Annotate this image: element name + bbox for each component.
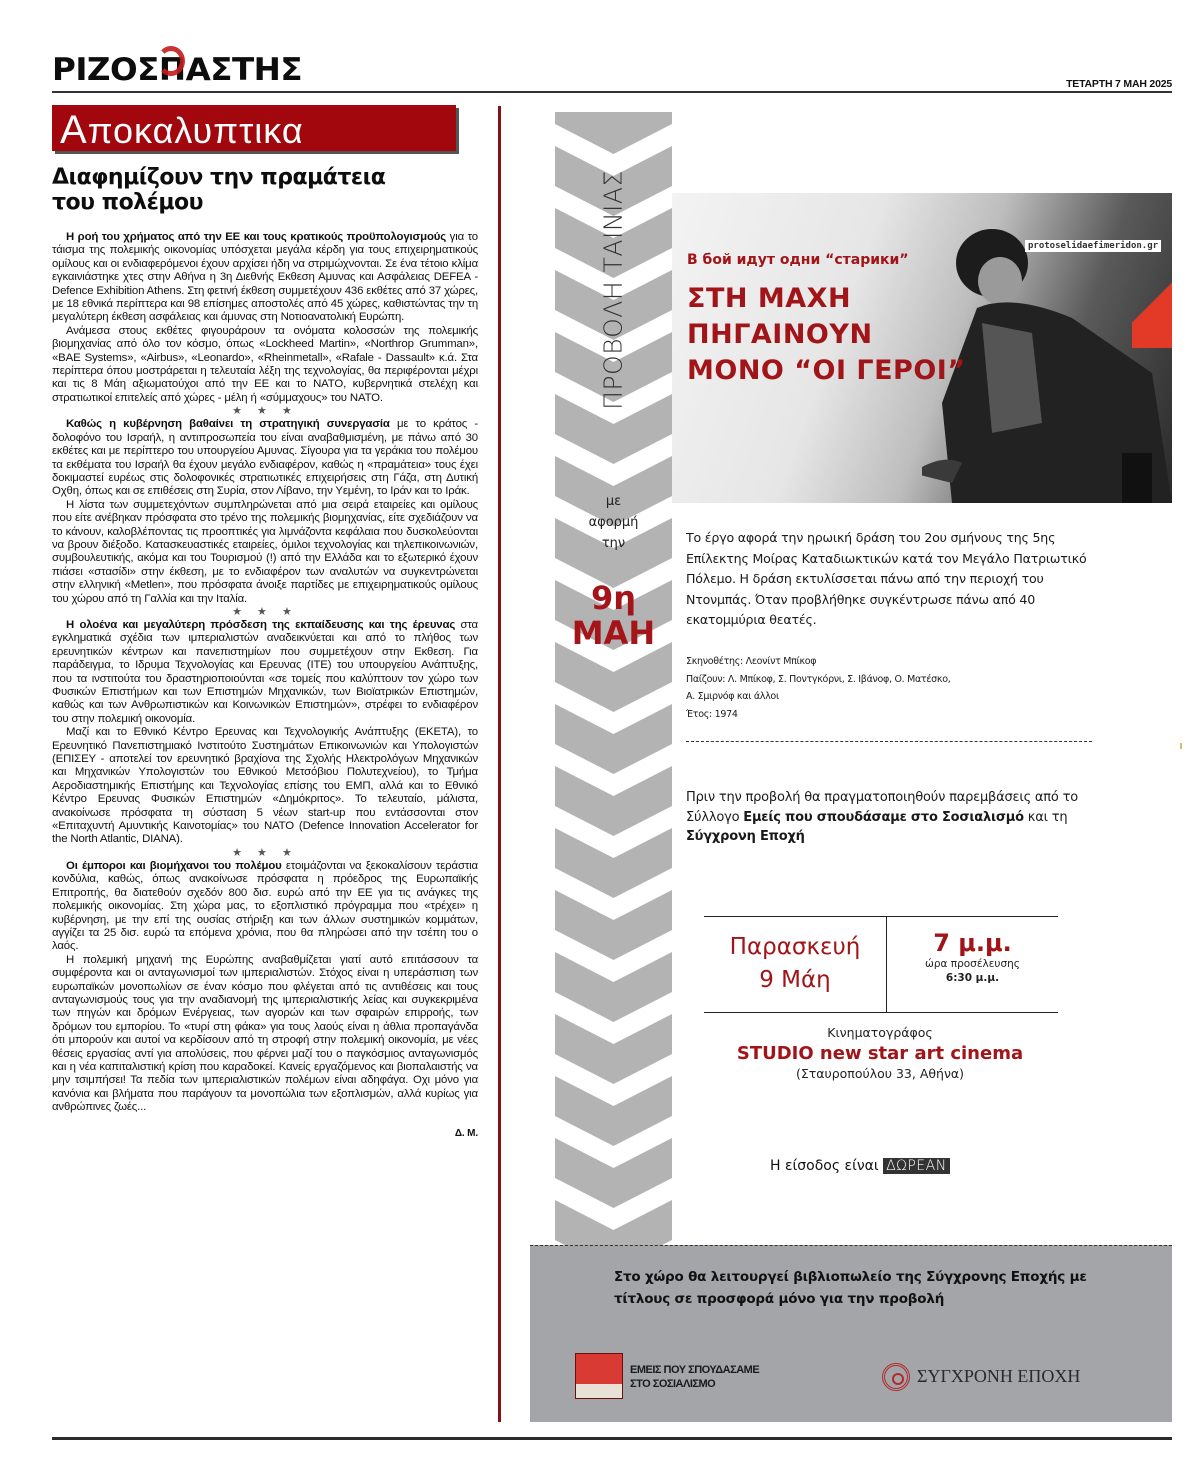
release-year: Έτος: 1974 bbox=[686, 706, 1086, 724]
occasion-text: με αφορμή την bbox=[555, 491, 672, 554]
poster-subtitle-russian: В бой идут одни “старики” bbox=[687, 252, 909, 268]
masthead: ΡΙΖΟΣΠΑΣΤΗΣ ΤΕΤΑΡΤΗ 7 ΜΑΗ 2025 bbox=[52, 52, 1172, 92]
bookstore-note: Στο χώρο θα λειτουργεί βιβλιοπωλείο της … bbox=[614, 1266, 1114, 1310]
author-signature: Δ. Μ. bbox=[52, 1127, 478, 1140]
article-body: Η ροή του χρήματος από την ΕΕ και τους κ… bbox=[52, 231, 478, 1140]
article-paragraph: Η ολοένα και μεγαλύτερη πρόσδεση της εκπ… bbox=[52, 619, 478, 726]
film-poster-image: protoselidaefimeridon.gr В бой идут одни… bbox=[672, 193, 1172, 503]
watermark: protoselidaefimeridon.gr bbox=[1025, 240, 1161, 252]
top-rule bbox=[52, 91, 1172, 93]
article-column: Αποκαλυπτικα Διαφημίζουν την πραμάτεια τ… bbox=[52, 105, 478, 1140]
section-separator: ★ ★ ★ bbox=[52, 847, 478, 860]
free-entry: Η είσοδος είναι ΔΩΡΕΑΝ bbox=[770, 1158, 950, 1174]
venue-name: STUDIO new star art cinema bbox=[700, 1042, 1060, 1066]
headline-line-2: του πολέμου bbox=[52, 190, 478, 215]
poster-title: ΣΤΗ ΜΑΧΗ ΠΗΓΑΙΝΟΥΝ ΜΟΝΟ “ΟΙ ΓΕΡΟΙ” bbox=[687, 281, 966, 389]
article-paragraph: Η ροή του χρήματος από την ΕΕ και τους κ… bbox=[52, 231, 478, 325]
section-title: Αποκαλυπτικα bbox=[60, 108, 304, 153]
victory-day-date: 9η ΜΑΗ bbox=[555, 581, 672, 651]
swirl-logo-icon bbox=[882, 1363, 910, 1391]
cast-line-1: Παίζουν: Λ. Μπίκοφ, Σ. Ποντγκόρνι, Σ. Ιβ… bbox=[686, 671, 1086, 689]
screening-schedule: Παρασκευή 9 Μάη 7 μ.μ. ώρα προσέλευσης 6… bbox=[704, 916, 1058, 1013]
issue-date: ΤΕΤΑΡΤΗ 7 ΜΑΗ 2025 bbox=[1066, 78, 1172, 90]
column-divider bbox=[498, 106, 501, 1422]
section-separator: ★ ★ ★ bbox=[52, 606, 478, 619]
organizer-emeis: ΕΜΕΙΣ ΠΟΥ ΣΠΟΥΔΑΣΑΜΕ ΣΤΟ ΣΟΣΙΑΛΙΣΜΟ bbox=[575, 1353, 835, 1399]
interventions-note: Πριν την προβολή θα πραγματοποιηθούν παρ… bbox=[686, 788, 1106, 847]
venue-info: Κινηματογράφος STUDIO new star art cinem… bbox=[700, 1024, 1060, 1082]
film-synopsis: Το έργο αφορά την ηρωική δράση του 2ου σ… bbox=[686, 528, 1096, 631]
article-paragraph: Ανάμεσα στους εκθέτες φιγουράρουν τα ονό… bbox=[52, 325, 478, 405]
article-paragraph: Οι έμποροι και βιομήχανοι του πολέμου ετ… bbox=[52, 860, 478, 954]
cast-line-2: Α. Σμιρνόφ και άλλοι bbox=[686, 688, 1086, 706]
bottom-rule bbox=[52, 1437, 1172, 1440]
organizers-band: Στο χώρο θα λειτουργεί βιβλιοπωλείο της … bbox=[530, 1245, 1172, 1422]
free-badge: ΔΩΡΕΑΝ bbox=[883, 1158, 950, 1174]
screening-date: Παρασκευή 9 Μάη bbox=[704, 917, 887, 1012]
vertical-title: ΠΡΟΒΟΛΗ ΤΑΙΝΙΑΣ bbox=[563, 130, 663, 450]
dashed-divider bbox=[686, 741, 1092, 742]
film-credits: Σκηνοθέτης: Λεονίντ Μπίκοφ Παίζουν: Λ. Μ… bbox=[686, 653, 1086, 723]
map-logo-icon bbox=[575, 1353, 623, 1399]
article-paragraph: Η πολεμική μηχανή της Ευρώπης αναβαθμίζε… bbox=[52, 954, 478, 1115]
director: Σκηνοθέτης: Λεονίντ Μπίκοφ bbox=[686, 653, 1086, 671]
article-paragraph: Μαζί και το Εθνικό Κέντρο Ερευνας και Τε… bbox=[52, 726, 478, 847]
headline-line-1: Διαφημίζουν την πραμάτεια bbox=[52, 165, 478, 190]
article-paragraph: Καθώς η κυβέρνηση βαθαίνει τη στρατηγική… bbox=[52, 418, 478, 498]
article-headline: Διαφημίζουν την πραμάτεια του πολέμου bbox=[52, 165, 478, 215]
article-paragraph: Η λίστα των συμμετεχόντων συμπληρώνεται … bbox=[52, 499, 478, 606]
crop-mark bbox=[1180, 743, 1182, 749]
section-separator: ★ ★ ★ bbox=[52, 405, 478, 418]
screening-time: 7 μ.μ. ώρα προσέλευσης 6:30 μ.μ. bbox=[887, 917, 1058, 1012]
hammer-sickle-icon bbox=[157, 46, 185, 76]
section-banner: Αποκαλυπτικα bbox=[52, 105, 456, 151]
venue-address: (Σταυροπούλου 33, Αθήνα) bbox=[700, 1066, 1060, 1082]
